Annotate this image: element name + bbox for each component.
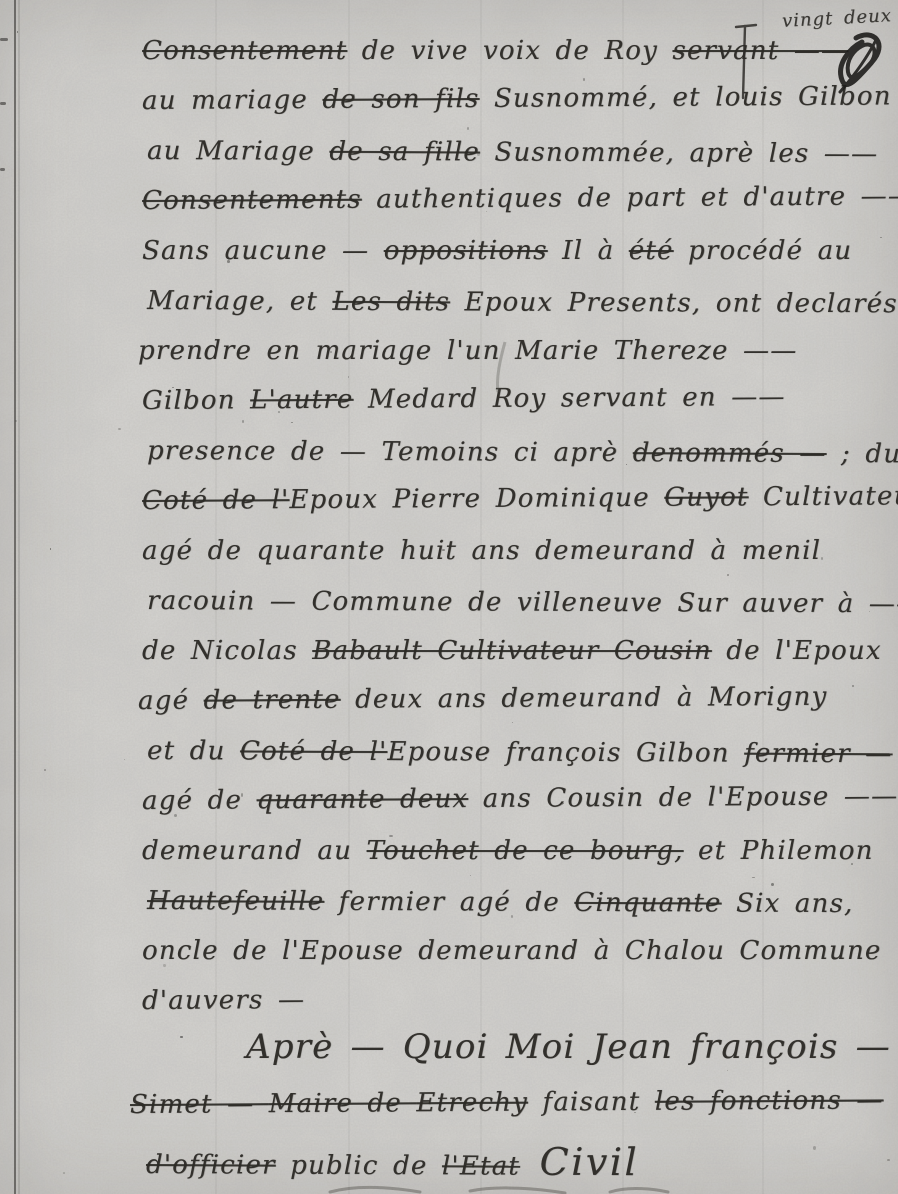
edge-mark — [0, 38, 8, 41]
text-run: Mariage, et — [147, 286, 333, 317]
text-run: de vive voix de Roy — [347, 36, 672, 66]
paper-speck — [63, 1172, 64, 1174]
manuscript-line: Consentements authentiques de part et d'… — [142, 171, 890, 226]
text-run: public de — [276, 1151, 442, 1182]
text-run: Epoux Pierre Dominique — [289, 483, 664, 515]
text-run: prendre en mariage l'un Marie Thereze —— — [138, 336, 797, 366]
text-run: de Nicolas — [142, 636, 312, 666]
manuscript-line: oncle de l'Epouse demeurand à Chalou Com… — [142, 926, 890, 976]
struck-text-run: Guyot — [664, 482, 748, 513]
struck-text-run: Maire de — [269, 1088, 417, 1119]
text-run: au mariage — [142, 85, 323, 116]
manuscript-line: Mariage, et Les dits Epoux Presents, ont… — [147, 276, 890, 329]
manuscript-line: agé de quarante deux ans Cousin de l'Epo… — [142, 771, 890, 826]
fold-line-faint — [18, 0, 20, 1194]
text-run: Six ans, — [721, 889, 853, 920]
manuscript-body: Consentement de vive voix de Roy servant… — [142, 26, 890, 1026]
struck-text-run: de sa fille — [329, 137, 480, 168]
struck-text-run: Coté de l' — [240, 736, 388, 767]
manuscript-closing: Aprè — Quoi Moi Jean françois —Simet — M… — [130, 1016, 890, 1188]
paper-speck — [15, 420, 17, 422]
manuscript-line: Coté de l'Epoux Pierre Dominique Guyot C… — [142, 471, 890, 526]
paper-speck — [124, 759, 125, 760]
scanned-document-page: vingt deux Consentement de vive voix de … — [0, 0, 898, 1194]
struck-text-run: servant —— — [672, 36, 848, 66]
text-run: faisant — [528, 1087, 655, 1118]
text-run: oncle de l'Epouse demeurand à Chalou Com… — [142, 936, 882, 966]
fold-line — [14, 0, 16, 1194]
text-run: ; du — [826, 439, 898, 469]
struck-text-run: denommés — — [633, 438, 827, 469]
paper-speck — [118, 428, 121, 430]
text-run: deux ans demeurand à Morigny — [340, 682, 827, 715]
struck-text-run: de trente — [204, 685, 341, 716]
struck-text-run: d'officier — [146, 1150, 276, 1181]
manuscript-line: au mariage de son fils Susnommé, et loui… — [142, 71, 890, 126]
text-run: Gilbon — [142, 385, 250, 416]
text-run: authentiques de part et d'autre —— — [362, 181, 898, 214]
manuscript-line: Sans aucune — oppositions Il à été procé… — [142, 226, 890, 276]
struck-text-run: les fonctions — — [655, 1085, 884, 1116]
manuscript-line: prendre en mariage l'un Marie Thereze —— — [138, 326, 890, 376]
text-run: et Philemon — [684, 836, 874, 866]
struck-text-run: Touchet de ce bourg, — [367, 836, 684, 866]
paper-speck — [44, 769, 46, 771]
struck-text-run: été — [629, 236, 674, 266]
struck-text-run: Consentement — [142, 36, 347, 66]
text-run: Cultivateur — [748, 481, 898, 512]
text-run: et du — [147, 736, 240, 766]
struck-text-run: quarante deux — [256, 784, 468, 815]
struck-text-run: l'Etat — [442, 1151, 520, 1181]
text-run: de l'Epoux — [712, 636, 882, 666]
struck-text-run: Cinquante — [574, 888, 721, 919]
manuscript-line: agé de quarante huit ans demeurand à men… — [142, 526, 890, 576]
manuscript-line: d'officier public de l'Etat Civil — [146, 1133, 890, 1191]
text-run: au Mariage — [147, 136, 330, 167]
text-run: Il à — [548, 236, 629, 266]
text-run: agé de quarante huit ans demeurand à men… — [142, 536, 821, 566]
text-run: d'auvers — — [142, 985, 305, 1016]
struck-text-run: Les dits — [332, 287, 450, 318]
struck-text-run: Consentements — [142, 185, 362, 216]
text-run: Civil — [520, 1140, 639, 1185]
text-run: ans Cousin de l'Epouse —— — [468, 781, 898, 814]
text-run: fermier agé de — [324, 887, 574, 918]
struck-text-run: de son fils — [322, 84, 479, 115]
edge-mark — [0, 102, 6, 105]
manuscript-line: Aprè — Quoi Moi Jean françois — — [246, 1016, 890, 1078]
text-run: racouin — Commune de villeneuve Sur auve… — [147, 586, 898, 619]
manuscript-line: Simet — Maire de Etrechy faisant les fon… — [130, 1073, 890, 1133]
text-run: Sans aucune — — [142, 236, 384, 266]
struck-text-run: Etrechy — [416, 1088, 528, 1119]
text-run: agé de — [142, 785, 257, 816]
text-run: procédé au — [674, 236, 853, 266]
manuscript-line: Consentement de vive voix de Roy servant… — [142, 26, 890, 76]
text-run: presence de — Temoins ci aprè — [147, 436, 633, 468]
text-run: Susnommé, et louis Gilbon — [479, 81, 891, 114]
struck-text-run: oppositions — [384, 236, 548, 266]
struck-text-run: fermier — — [744, 739, 892, 770]
manuscript-line: agé de trente deux ans demeurand à Morig… — [138, 671, 890, 726]
text-run: Susnommée, aprè les —— — [480, 137, 878, 169]
text-run: Medard Roy servant en —— — [353, 382, 785, 415]
struck-text-run: Hautefeuille — [147, 886, 324, 917]
text-run: Aprè — Quoi Moi Jean françois — — [246, 1027, 891, 1067]
text-run: agé — [138, 686, 204, 716]
struck-text-run: Babault Cultivateur Cousin — [312, 636, 712, 666]
manuscript-line: de Nicolas Babault Cultivateur Cousin de… — [142, 626, 890, 676]
manuscript-line: Hautefeuille fermier agé de Cinquante Si… — [147, 876, 890, 929]
paper-speck — [50, 548, 52, 550]
text-run: Epouse françois Gilbon — [387, 737, 744, 769]
edge-mark — [0, 168, 5, 171]
manuscript-line: Gilbon L'autre Medard Roy servant en —— — [142, 371, 890, 426]
struck-text-run: Simet — — [130, 1089, 269, 1120]
manuscript-line: racouin — Commune de villeneuve Sur auve… — [147, 576, 890, 629]
struck-text-run: Coté de l' — [142, 485, 290, 516]
manuscript-line: demeurand au Touchet de ce bourg, et Phi… — [142, 826, 890, 876]
struck-text-run: L'autre — [250, 385, 354, 416]
text-run: Epoux Presents, ont declarés — [450, 287, 898, 319]
text-run: demeurand au — [142, 836, 367, 866]
